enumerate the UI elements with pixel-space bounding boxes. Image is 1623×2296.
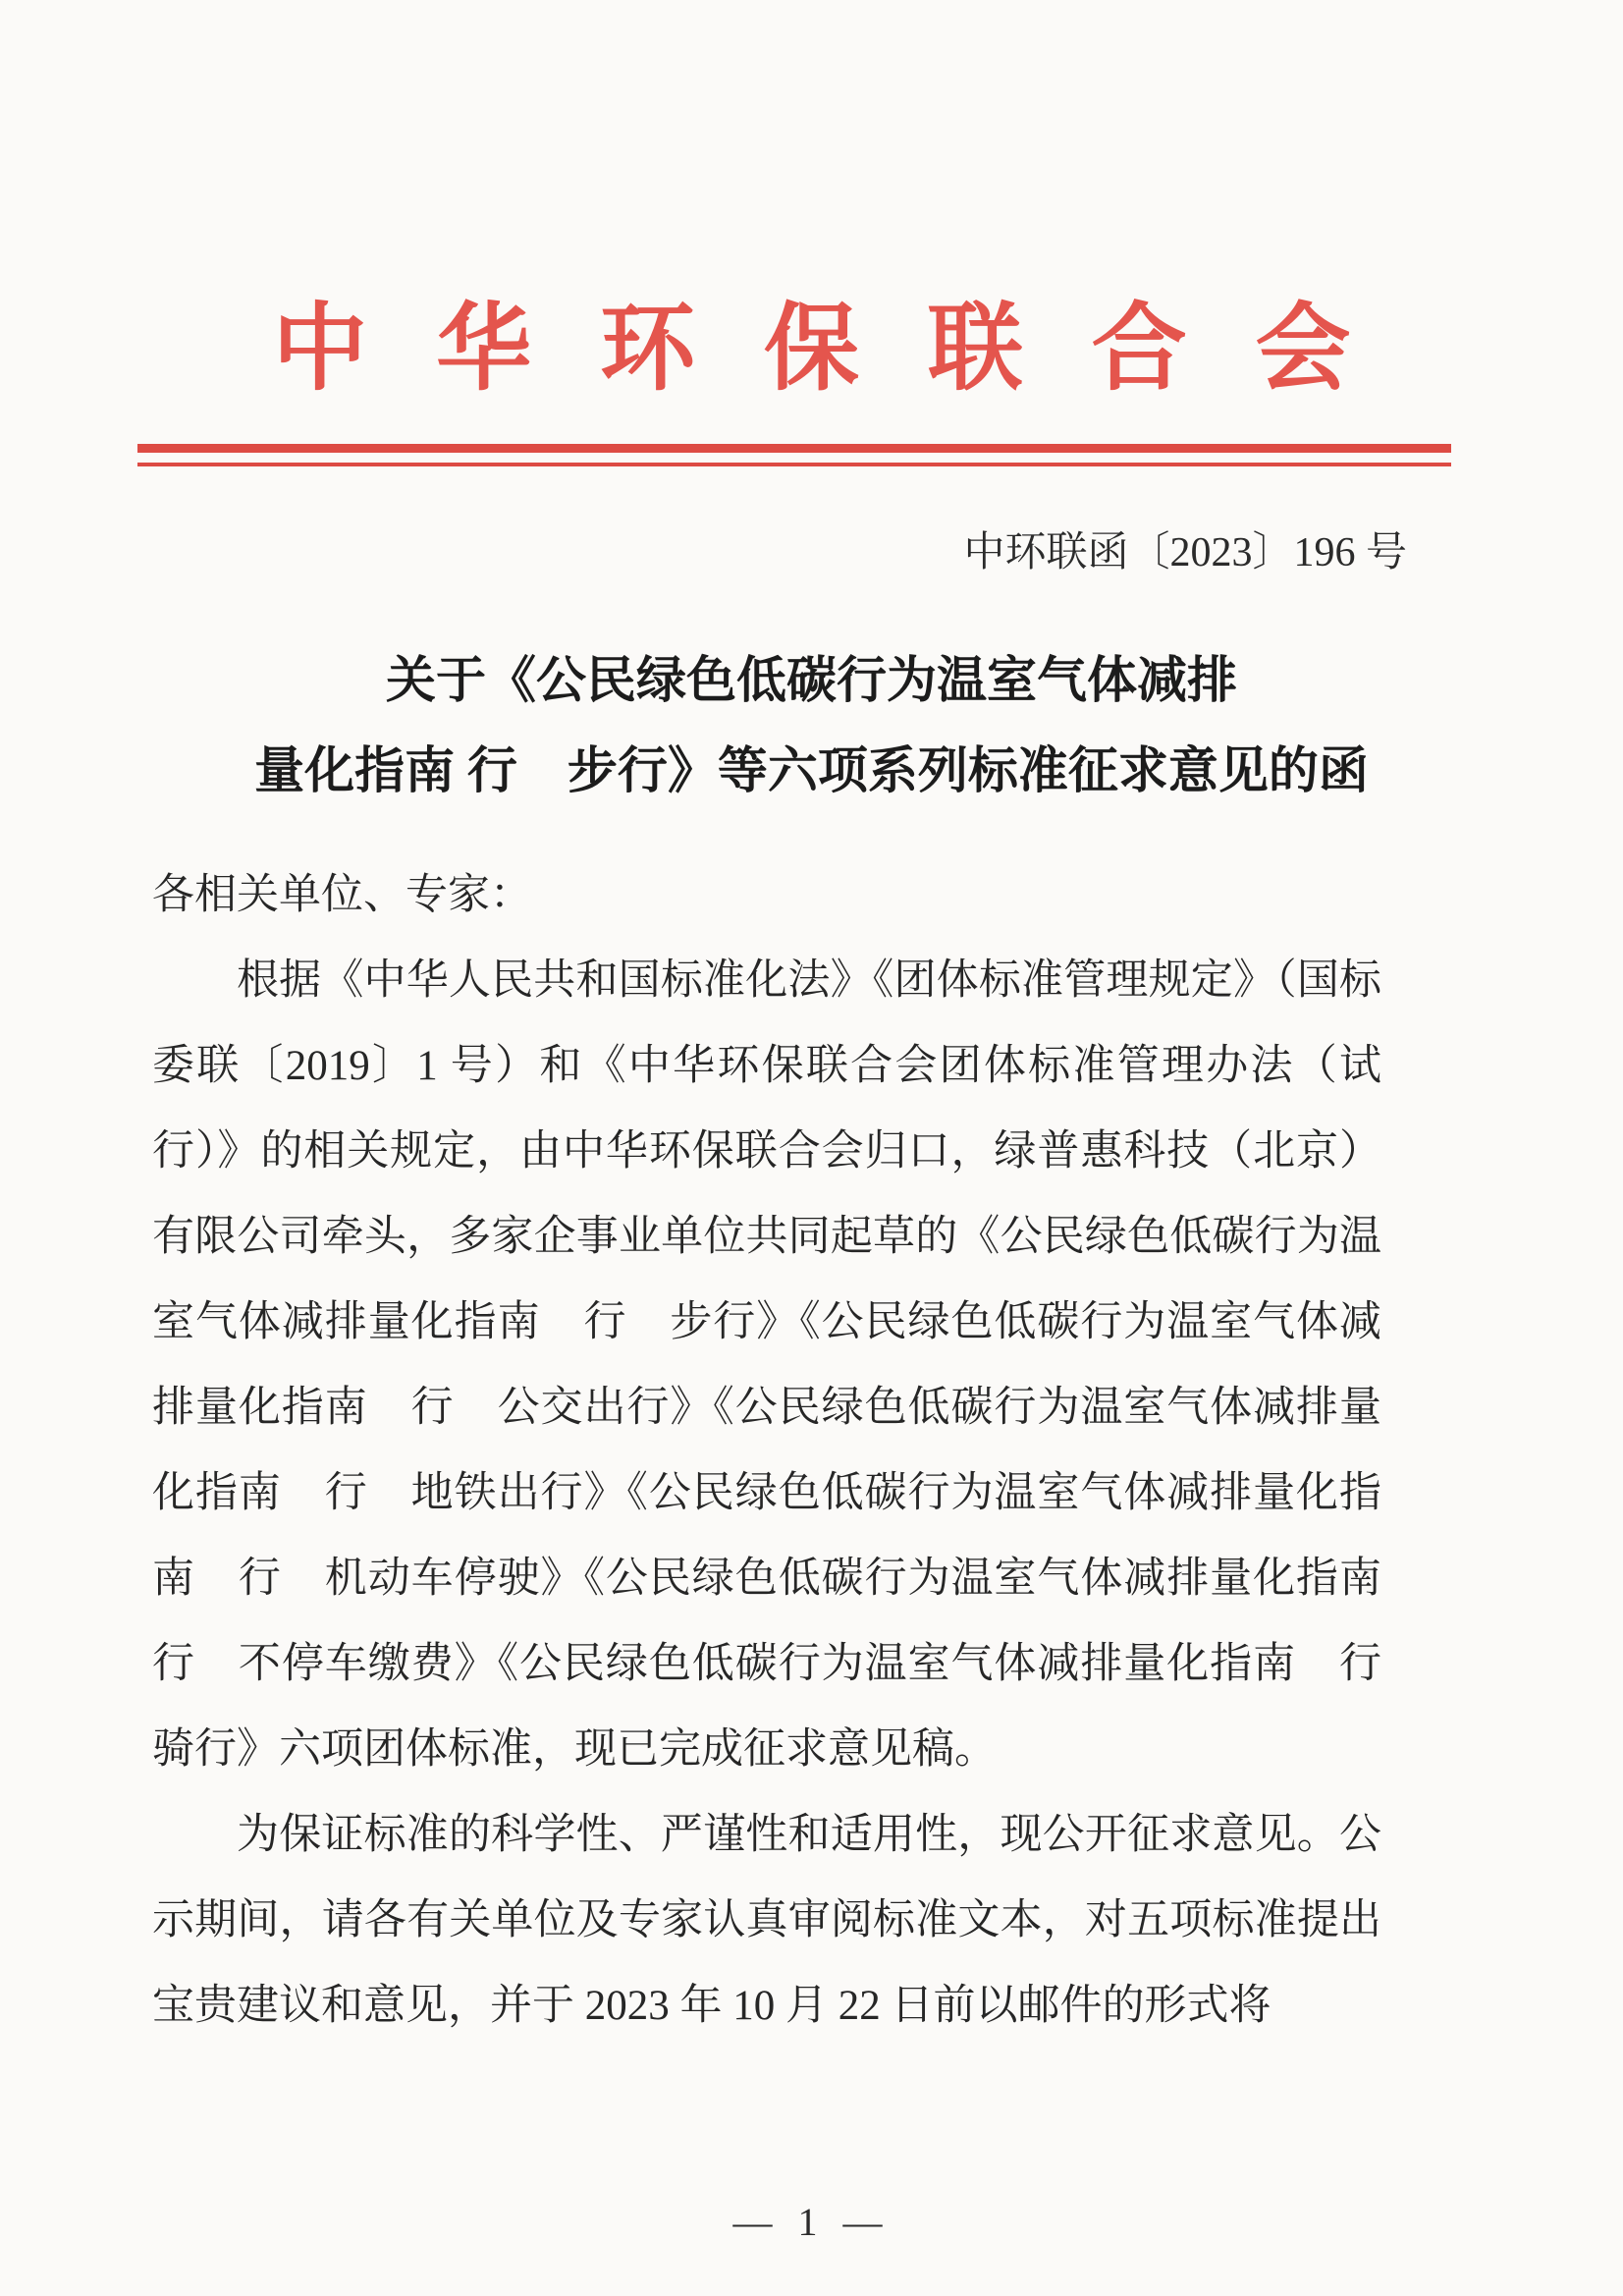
red-divider xyxy=(137,444,1451,466)
doc-reference-number: 中环联函〔2023〕196 号 xyxy=(963,526,1407,580)
document-body: 各相关单位、专家： 根据《中华人民共和国标准化法》《团体标准管理规定》（国标委联… xyxy=(152,852,1381,2049)
red-divider-thick-line xyxy=(137,444,1451,453)
red-divider-thin-line xyxy=(137,463,1451,466)
salutation: 各相关单位、专家： xyxy=(152,852,1381,938)
page-number: — 1 — xyxy=(0,2199,1623,2245)
document-title-line1: 关于《公民绿色低碳行为温室气体减排 xyxy=(0,636,1623,727)
body-paragraph-1: 根据《中华人民共和国标准化法》《团体标准管理规定》（国标委联〔2019〕1 号）… xyxy=(152,938,1381,1792)
letterhead-org-name: 中华环保联合会 xyxy=(0,293,1623,407)
document-page: 中华环保联合会 中环联函〔2023〕196 号 关于《公民绿色低碳行为温室气体减… xyxy=(0,0,1623,2296)
body-paragraph-2: 为保证标准的科学性、严谨性和适用性，现公开征求意见。公示期间，请各有关单位及专家… xyxy=(152,1792,1381,2049)
document-title: 关于《公民绿色低碳行为温室气体减排 量化指南 行 步行》等六项系列标准征求意见的… xyxy=(0,636,1623,817)
document-title-line2: 量化指南 行 步行》等六项系列标准征求意见的函 xyxy=(0,727,1623,817)
